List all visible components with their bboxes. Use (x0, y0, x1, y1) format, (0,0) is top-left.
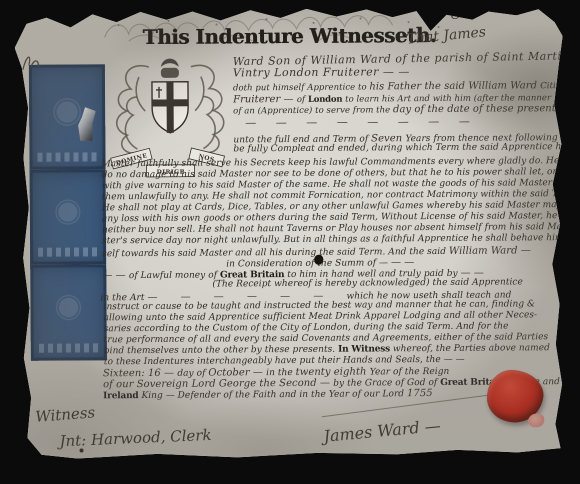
printed-text: whereof, the Parties above named (390, 343, 550, 354)
revenue-stamp (30, 169, 107, 265)
margin-scribble (19, 52, 45, 74)
handwritten-text: William Ward — (449, 245, 531, 257)
printed-text: Citizen and (540, 81, 580, 91)
blackletter-word: Ireland (103, 391, 138, 401)
handwritten-text: — — (391, 257, 414, 268)
printed-text: in the (266, 368, 296, 378)
handwritten-text: — — (102, 270, 129, 281)
apprentice-signature: James Ward — (323, 418, 441, 445)
handwritten-fill-dashes: — — — — — — — — (245, 116, 478, 130)
printed-text: of Lawful money of (129, 270, 220, 281)
printed-text: bind themselves unto the other by these … (104, 345, 338, 357)
printed-text: King — Defender of the Faith and in the … (138, 389, 407, 401)
corner-o-mark: O (450, 9, 461, 22)
indenture-heading: This Indenture Witnesseth. (143, 25, 437, 47)
handwritten-text: Sixteen: 16 — (103, 368, 177, 380)
indenture-line: Ireland King — Defender of the Faith and… (103, 388, 433, 402)
revenue-stamp (30, 264, 107, 361)
ink-speck (80, 448, 84, 452)
handwritten-text: his Father the said William Ward (369, 80, 540, 92)
dragon-supporter-right (203, 97, 215, 149)
handwritten-text: October — (208, 367, 266, 378)
handwritten-text: 1755 (407, 388, 433, 399)
printed-text: of (297, 95, 308, 105)
handwritten-text: twenty eighth (296, 366, 370, 378)
witness-signature: Jnt: Harwood, Clerk (59, 428, 212, 449)
printed-text: day of (177, 369, 208, 379)
witness-label: Witness (35, 405, 96, 425)
printed-text: Year of the Reign (370, 367, 450, 378)
indenture-paper: This Indenture Witnesseth. That James O (14, 4, 565, 460)
indenture-line: Vintry London Fruiterer — — (233, 66, 410, 79)
shield-icon (152, 82, 188, 133)
crest-and-helm (161, 59, 179, 78)
photograph-of-indenture: This Indenture Witnesseth. That James O (0, 0, 580, 484)
indenture-line: (The Receipt whereof is hereby acknowled… (212, 278, 523, 290)
printed-text: doth put himself Apprentice to (233, 82, 369, 93)
indenture-line: be fully Compleat and ended, during whic… (233, 143, 580, 155)
dragon-supporter-left (125, 97, 137, 149)
blackletter-word: London (308, 95, 342, 105)
handwritten-text: Fruiterer — (233, 94, 297, 105)
handwritten-text: day of the date of these presents (393, 103, 561, 115)
blackletter-word: In Witness (338, 344, 390, 354)
